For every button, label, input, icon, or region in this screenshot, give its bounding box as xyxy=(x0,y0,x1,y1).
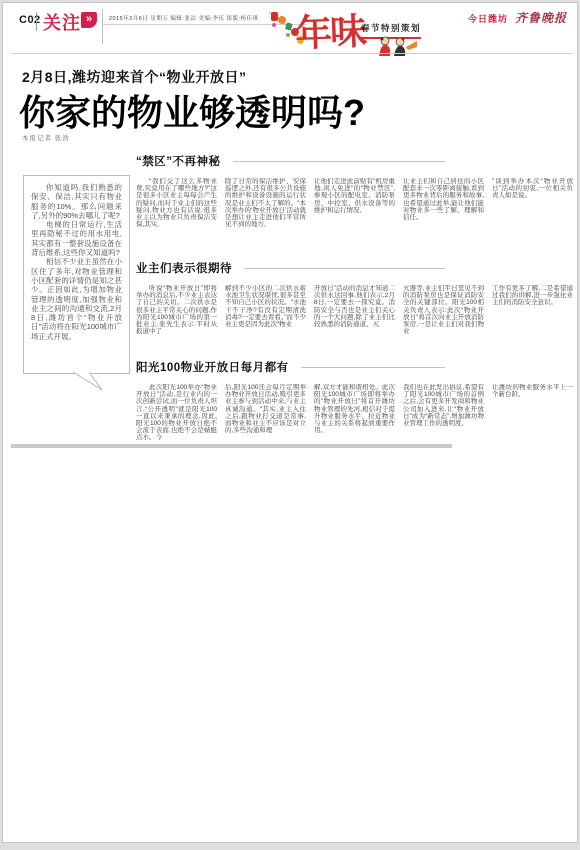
article-byline: 本报记者 张浩 xyxy=(22,133,70,142)
header-rule xyxy=(11,53,573,54)
article-title: 你家的物业够透明吗? xyxy=(19,85,365,136)
text-column: 让他们走进此前贴有“机房重地,闲人免进”的“物业禁区”,参观小区的配电室、消防泵… xyxy=(314,178,395,249)
divider xyxy=(36,12,37,31)
section-heading: “禁区”不再神秘 xyxy=(136,153,221,169)
bottom-divider-bar xyxy=(11,444,452,448)
section-owners-expect: 业主们表示很期待 听说“物业开放日”即将举办的消息后,不少业主表达了自己的关切。… xyxy=(136,260,573,347)
section-heading: 阳光100物业开放日每月都有 xyxy=(136,359,289,375)
text-column: “我们交了这么多物业费,究竟用在了哪些地方?”这是很多小区业主每每会产生的疑问,… xyxy=(136,178,217,249)
double-chevron-icon: » xyxy=(81,12,97,28)
text-column: 除了日常的保洁维护、安保巡逻之外,还有很多公共设施的维护和设备设施的运行状况是业… xyxy=(225,178,306,249)
divider xyxy=(102,9,103,44)
newspaper-brands: 今日潍坊 齐鲁晚报 xyxy=(468,9,567,26)
section-monthly-open-day: 阳光100物业开放日每月都有 此次阳光100举办“物业开放日”活动,是行业内的一… xyxy=(136,359,573,456)
section-heading: 业主们表示很期待 xyxy=(136,260,232,276)
text-column: 解到不少小区的二次供水蓄水池卫生状况堪忧,很多甚至不知自己小区的状况。“水池干不… xyxy=(225,285,306,347)
page-header: C02 关注 » 2015年2月6日 星期五 编辑:张洁 美编:李庆 组版:杨佳… xyxy=(3,3,577,55)
text-column: 火器等,业主们平日里见不到的消防泵房也是保证消防安全的关键部位。阳光100相关负… xyxy=(403,285,484,347)
heading-rule xyxy=(233,161,446,162)
text-column: 开放日”活动的消息才知道二次供水这回事,他们表示,2月8日,一定要去一探究竟。消… xyxy=(314,285,395,347)
speech-bubble-tail xyxy=(72,372,112,392)
intro-paragraph: 相信不少业主虽然在小区住了多年,对物业管理和小区配套的详情仍是知之甚少。正因如此… xyxy=(31,257,122,341)
text-column: 工作有更多了解,二是希望通过我们的讲解,进一步强化业主们的消防安全意识。 xyxy=(492,285,573,347)
brand-qilu-evening-news: 齐鲁晚报 xyxy=(515,9,567,26)
section-label: 关注 xyxy=(43,9,81,35)
heading-rule xyxy=(244,268,445,269)
text-column: 听说“物业开放日”即将举办的消息后,不少业主表达了自己的关切。二次供水是很多业主… xyxy=(136,285,217,347)
newspaper-page: C02 关注 » 2015年2月6日 星期五 编辑:张洁 美编:李庆 组版:杨佳… xyxy=(2,2,578,843)
intro-paragraph: 你知道吗,我们熟悉的保安、保洁,其实只有物业服务的10%。那么问题来了,另外的9… xyxy=(31,183,122,220)
article-body: “禁区”不再神秘 “我们交了这么多物业费,究竟用在了哪些地方?”这是很多小区业主… xyxy=(136,153,573,456)
brand-today-weifang: 今日潍坊 xyxy=(468,12,508,25)
masthead-title: 年味 xyxy=(294,2,366,57)
spring-festival-masthead: 年味 春节特别策划 xyxy=(269,6,454,53)
text-column: 让业主们和自己居住的小区配套来一次零距离接触,看到更多物业背后的服务和故事,也希… xyxy=(403,178,484,249)
text-column: ”谈到举办本次“物业开放日”活动的初衷,一位相关负责人如是说。 xyxy=(492,178,573,249)
heading-rule xyxy=(301,367,445,368)
intro-paragraph: 电梯的日常运行,生活里再隐秘不过的用水用电,其实都有一整套设施设备在背后维系,这… xyxy=(31,220,122,257)
intro-speech-bubble: 你知道吗,我们熟悉的保安、保洁,其实只有物业服务的10%。那么问题来了,另外的9… xyxy=(23,175,130,374)
text-column: 让潍坊的物业服务水平上一个新台阶。 xyxy=(492,384,573,456)
edition-meta: 2015年2月6日 星期五 编辑:张洁 美编:李庆 组版:杨佳琪 xyxy=(109,14,259,22)
page-number: C02 xyxy=(19,14,41,26)
section-forbidden-zone: “禁区”不再神秘 “我们交了这么多物业费,究竟用在了哪些地方?”这是很多小区业主… xyxy=(136,153,573,249)
article-kicker: 2月8日,潍坊迎来首个“物业开放日” xyxy=(22,67,246,87)
